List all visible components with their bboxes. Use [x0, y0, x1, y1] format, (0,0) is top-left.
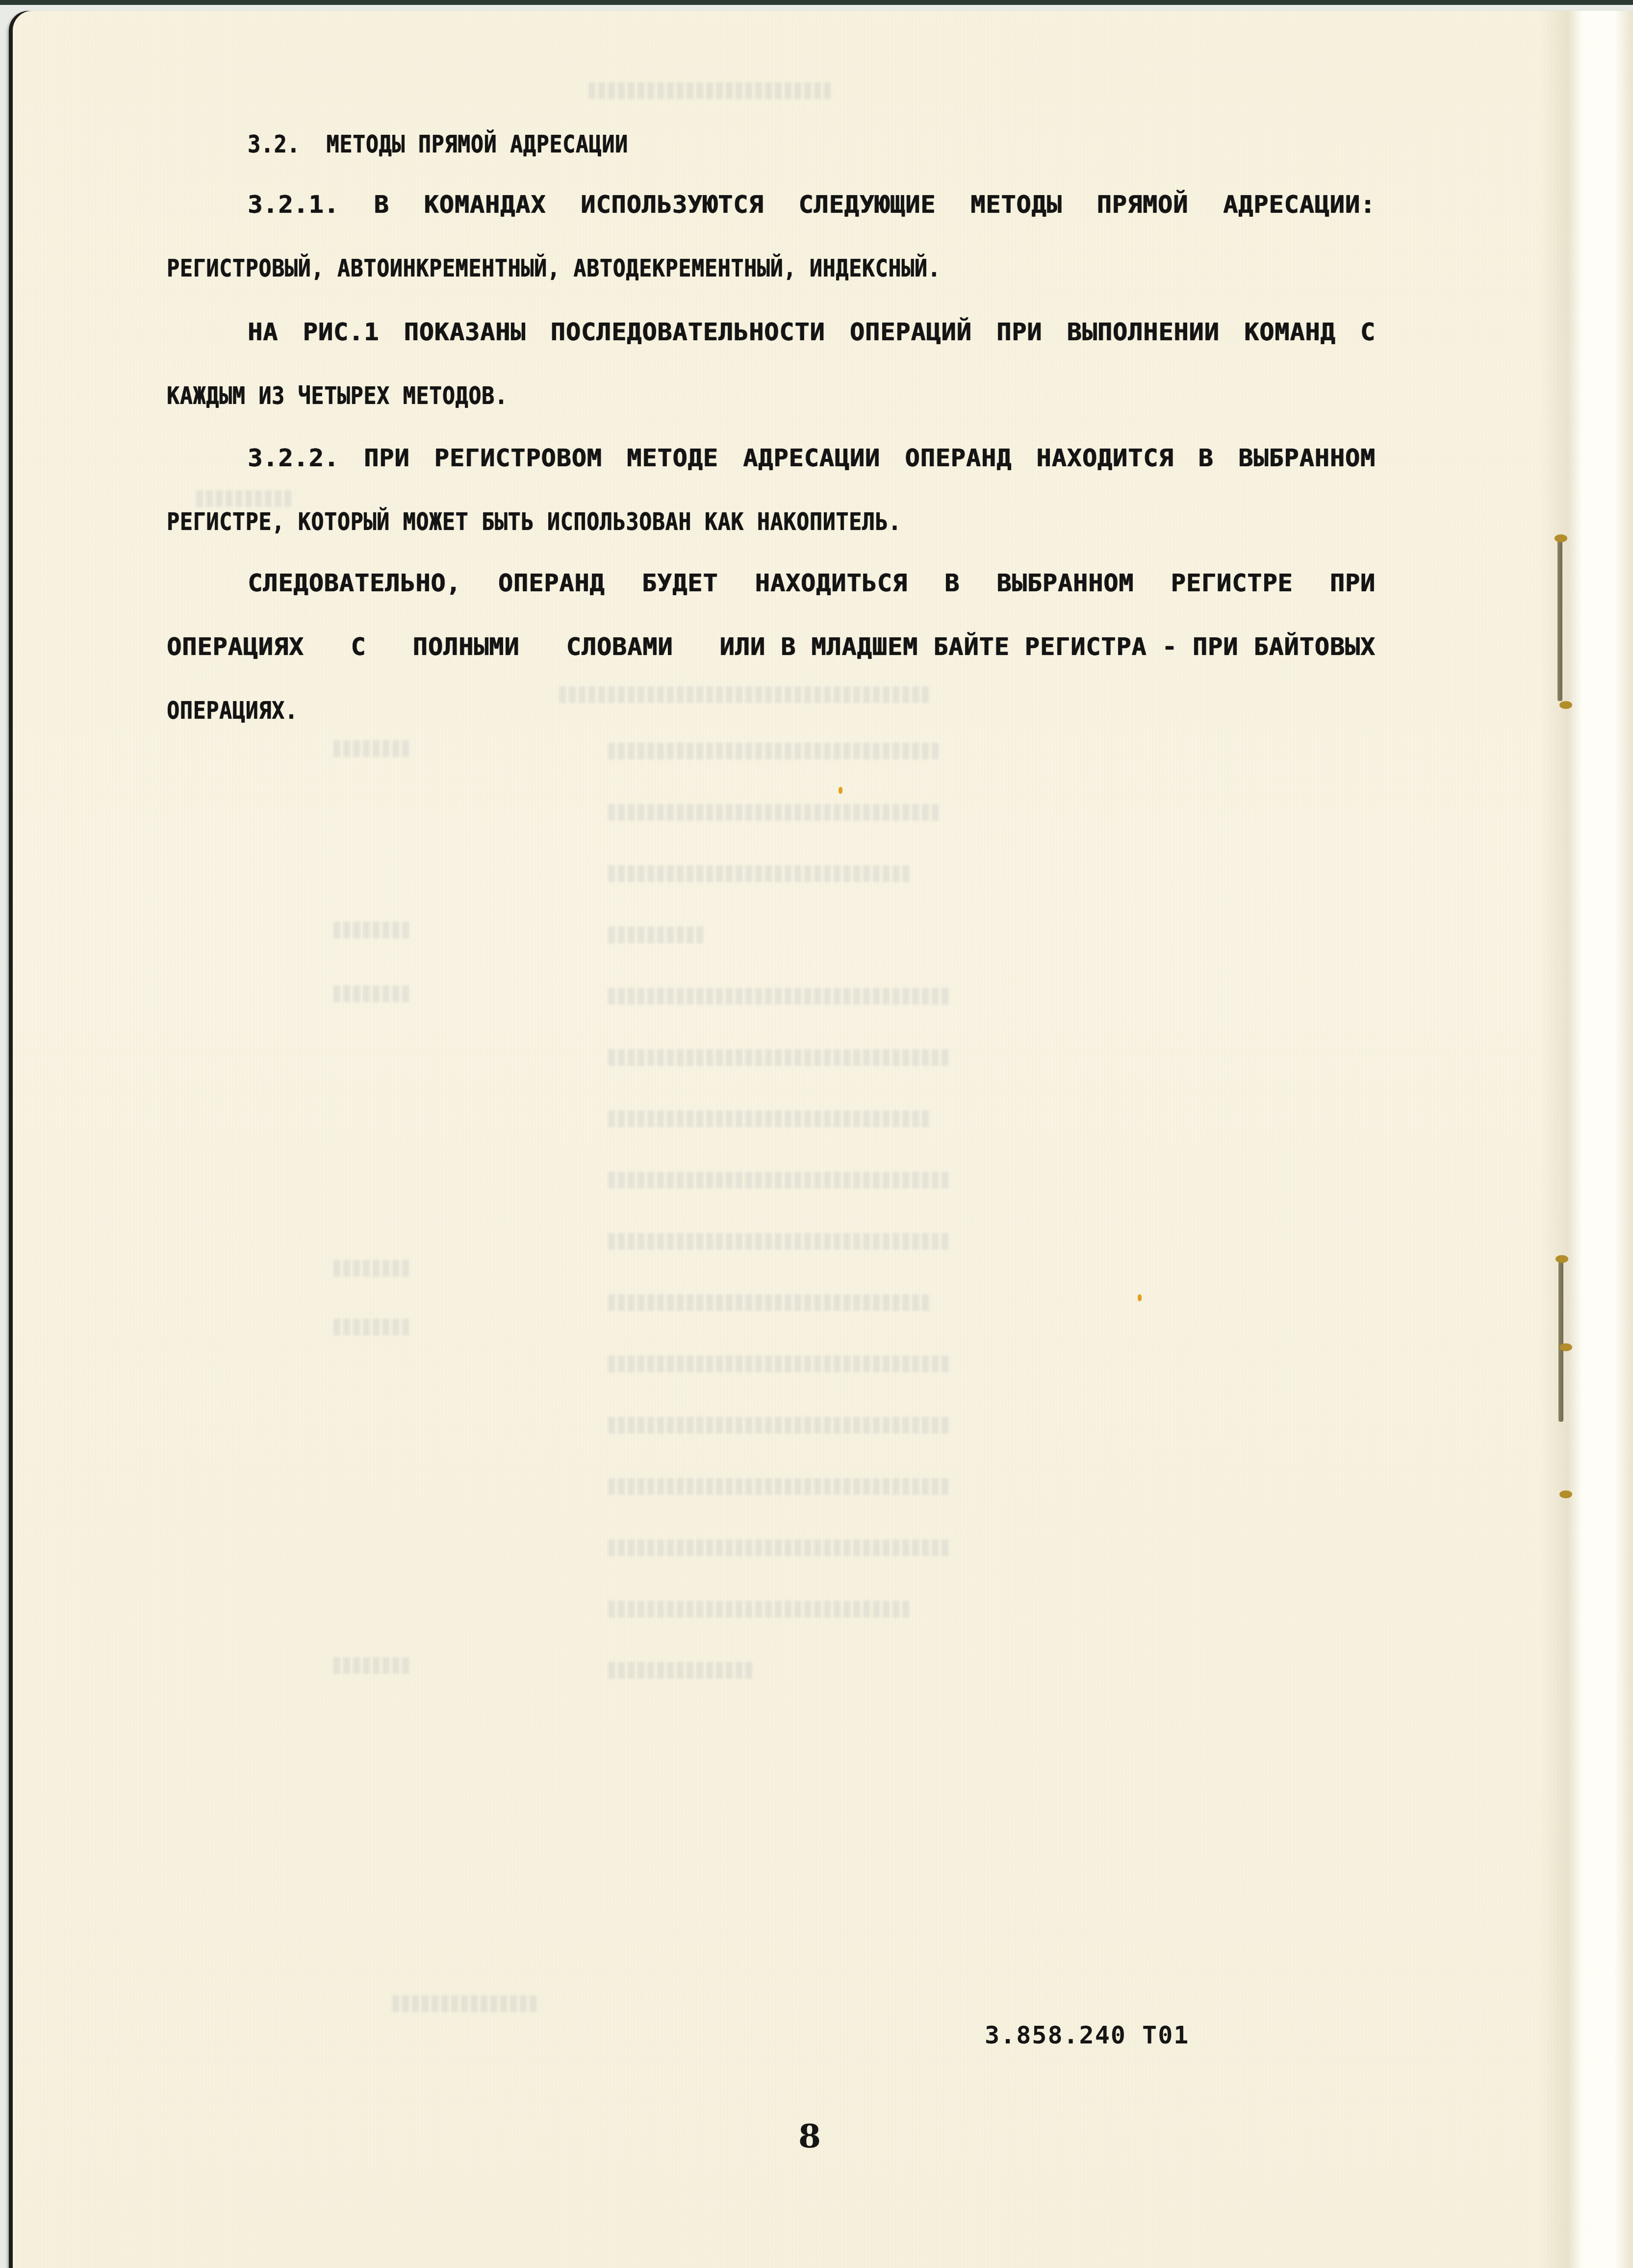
word: КОМАНДАХ [424, 190, 546, 219]
word: ОПЕРАЦИЙ [850, 318, 972, 346]
word: 3.2.1. [248, 190, 339, 219]
word: В [374, 190, 389, 219]
document-code: 3.858.240 Т01 [985, 2021, 1189, 2049]
word: ПОЛНЫМИ [413, 632, 520, 661]
paper-speck [1138, 1294, 1142, 1301]
word: ПОСЛЕДОВАТЕЛЬНОСТИ [551, 318, 825, 346]
binding-margin [1540, 11, 1633, 2268]
figure-reference-line-2: КАЖДЫМ ИЗ ЧЕТЫРЕХ МЕТОДОВ. [167, 381, 508, 410]
word: СЛЕДУЮЩИЕ [798, 190, 936, 219]
paragraph-3-2-1-line-2: РЕГИСТРОВЫЙ, АВТОИНКРЕМЕНТНЫЙ, АВТОДЕКРЕ… [167, 254, 941, 282]
word: С [351, 632, 366, 661]
staple-icon [1557, 539, 1562, 701]
staple-hole-icon [1559, 1343, 1572, 1351]
staple-icon [1558, 1260, 1563, 1422]
staple-hole-icon [1559, 701, 1572, 709]
staple-hole-icon [1559, 1490, 1572, 1498]
section-heading: 3.2. МЕТОДЫ ПРЯМОЙ АДРЕСАЦИИ [248, 130, 628, 158]
document-page [13, 11, 1633, 2268]
staple-hole-icon [1556, 1255, 1568, 1263]
word: ПРИ [996, 318, 1042, 346]
word: ПРИ [1330, 569, 1376, 597]
word: ВЫБРАННОМ [1238, 444, 1376, 472]
word: 3.2.2. [248, 444, 339, 472]
page-number: 8 [798, 2117, 821, 2155]
word: СЛОВАМИ [566, 632, 673, 661]
word: ИСПОЛЬЗУЮТСЯ [581, 190, 764, 219]
paragraph-3-2-2-line-1: 3.2.2.ПРИРЕГИСТРОВОММЕТОДЕАДРЕСАЦИИОПЕРА… [248, 444, 1376, 472]
consequence-line-2: ОПЕРАЦИЯХСПОЛНЫМИСЛОВАМИИЛИ В МЛАДШЕМ БА… [167, 632, 1376, 661]
word: РЕГИСТРЕ [1171, 569, 1293, 597]
word: ВЫБРАННОМ [996, 569, 1134, 597]
consequence-line-1: СЛЕДОВАТЕЛЬНО,ОПЕРАНДБУДЕТНАХОДИТЬСЯВВЫБ… [248, 569, 1376, 597]
word: МЕТОДЫ [970, 190, 1062, 219]
word: В [944, 569, 960, 597]
figure-reference-line-1: НАРИС.1ПОКАЗАНЫПОСЛЕДОВАТЕЛЬНОСТИОПЕРАЦИ… [248, 318, 1376, 346]
word: БУДЕТ [642, 569, 718, 597]
word: ОПЕРАНД [498, 569, 605, 597]
consequence-line-3: ОПЕРАЦИЯХ. [167, 696, 298, 725]
word: В [1199, 444, 1214, 472]
word: ВЫПОЛНЕНИИ [1067, 318, 1220, 346]
word: ПРИ [364, 444, 409, 472]
word: НАХОДИТЬСЯ [755, 569, 908, 597]
staple-hole-icon [1555, 534, 1567, 542]
word: ОПЕРАЦИЯХ [167, 632, 304, 661]
word: КОМАНД [1244, 318, 1336, 346]
word: НА [248, 318, 278, 346]
word: МЕТОДЕ [627, 444, 718, 472]
paragraph-3-2-1-line-1: 3.2.1.ВКОМАНДАХИСПОЛЬЗУЮТСЯСЛЕДУЮЩИЕМЕТО… [248, 190, 1376, 219]
word: АДРЕСАЦИИ [743, 444, 880, 472]
paragraph-3-2-2-line-2: РЕГИСТРЕ, КОТОРЫЙ МОЖЕТ БЫТЬ ИСПОЛЬЗОВАН… [167, 507, 901, 536]
word: ОПЕРАНД [905, 444, 1012, 472]
word: РЕГИСТРОВОМ [434, 444, 602, 472]
word: ПОКАЗАНЫ [404, 318, 526, 346]
word: ПРЯМОЙ [1097, 190, 1188, 219]
word: НАХОДИТСЯ [1036, 444, 1174, 472]
word: С [1360, 318, 1376, 346]
paper-speck [839, 787, 842, 794]
word: ИЛИ В МЛАДШЕМ БАЙТЕ РЕГИСТРА - ПРИ БАЙТО… [720, 632, 1376, 661]
scanner-edge [0, 0, 1633, 5]
word: СЛЕДОВАТЕЛЬНО, [248, 569, 461, 597]
word: АДРЕСАЦИИ: [1223, 190, 1376, 219]
word: РИС.1 [303, 318, 380, 346]
